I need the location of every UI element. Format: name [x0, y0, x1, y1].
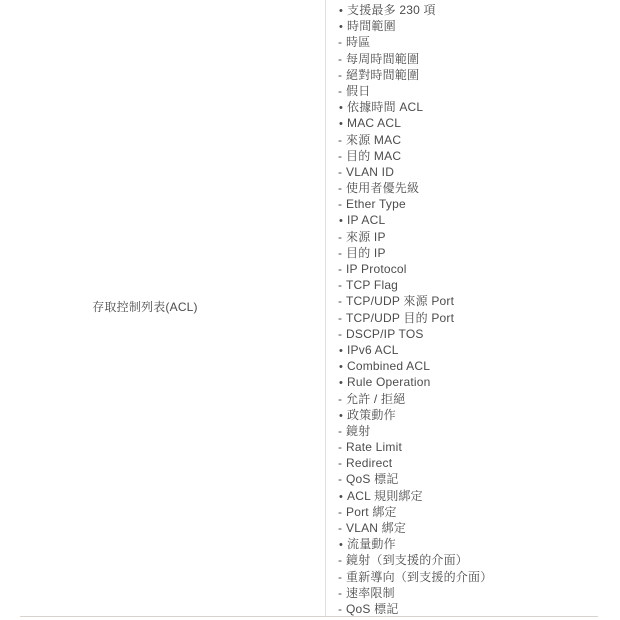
- detail-text: Rate Limit: [346, 439, 402, 455]
- detail-text: IP Protocol: [346, 261, 407, 277]
- detail-item: -Port 綁定: [338, 504, 598, 520]
- feature-detail-list: •支援最多 230 項•時間範圍-時區-每周時間範圍-絕對時間範圍-假日•依據時…: [338, 2, 598, 617]
- feature-details-cell: •支援最多 230 項•時間範圍-時區-每周時間範圍-絕對時間範圍-假日•依據時…: [325, 0, 598, 616]
- detail-text: 時間範圍: [347, 18, 396, 34]
- detail-text: 支援最多 230 項: [347, 2, 436, 18]
- detail-text: 時區: [346, 34, 370, 50]
- dash-marker: -: [338, 471, 346, 487]
- dash-marker: -: [338, 310, 346, 326]
- detail-item: -來源 IP: [338, 229, 598, 245]
- dash-marker: -: [338, 455, 346, 471]
- detail-text: VLAN 綁定: [346, 520, 406, 536]
- detail-item: -鏡射（到支援的介面）: [338, 552, 598, 568]
- dash-marker: -: [338, 601, 346, 617]
- detail-item: -VLAN 綁定: [338, 520, 598, 536]
- dash-marker: -: [338, 423, 346, 439]
- detail-text: 重新導向（到支援的介面）: [346, 569, 492, 585]
- detail-item: -TCP Flag: [338, 277, 598, 293]
- detail-text: IP ACL: [347, 212, 385, 228]
- bullet-marker: •: [338, 213, 347, 229]
- detail-text: 允許 / 拒絕: [346, 391, 405, 407]
- detail-item: -DSCP/IP TOS: [338, 326, 598, 342]
- detail-text: IPv6 ACL: [347, 342, 399, 358]
- detail-text: MAC ACL: [347, 115, 401, 131]
- detail-text: 速率限制: [346, 585, 395, 601]
- detail-item: -鏡射: [338, 423, 598, 439]
- detail-item: -QoS 標記: [338, 471, 598, 487]
- bullet-marker: •: [338, 100, 347, 116]
- dash-marker: -: [338, 261, 346, 277]
- detail-text: TCP/UDP 目的 Port: [346, 310, 454, 326]
- detail-item: -目的 MAC: [338, 148, 598, 164]
- detail-text: DSCP/IP TOS: [346, 326, 424, 342]
- dash-marker: -: [338, 552, 346, 568]
- dash-marker: -: [338, 67, 346, 83]
- feature-name-cell: 存取控制列表(ACL): [20, 0, 325, 616]
- feature-name-label: 存取控制列表(ACL): [20, 300, 270, 315]
- dash-marker: -: [338, 326, 346, 342]
- dash-marker: -: [338, 180, 346, 196]
- dash-marker: -: [338, 585, 346, 601]
- detail-item: •依據時間 ACL: [338, 99, 598, 115]
- detail-item: -速率限制: [338, 585, 598, 601]
- detail-item: -來源 MAC: [338, 132, 598, 148]
- detail-item: •時間範圍: [338, 18, 598, 34]
- dash-marker: -: [338, 51, 346, 67]
- dash-marker: -: [338, 132, 346, 148]
- detail-item: -IP Protocol: [338, 261, 598, 277]
- detail-text: TCP Flag: [346, 277, 398, 293]
- detail-text: Ether Type: [346, 196, 406, 212]
- detail-text: QoS 標記: [346, 471, 399, 487]
- detail-item: •MAC ACL: [338, 115, 598, 131]
- detail-item: -絕對時間範圍: [338, 67, 598, 83]
- detail-item: -QoS 標記: [338, 601, 598, 617]
- detail-text: 目的 MAC: [346, 148, 401, 164]
- detail-text: 鏡射（到支援的介面）: [346, 552, 468, 568]
- dash-marker: -: [338, 245, 346, 261]
- spec-table-row: 存取控制列表(ACL) •支援最多 230 項•時間範圍-時區-每周時間範圍-絕…: [20, 0, 598, 617]
- detail-item: -TCP/UDP 來源 Port: [338, 293, 598, 309]
- dash-marker: -: [338, 293, 346, 309]
- detail-item: -允許 / 拒絕: [338, 391, 598, 407]
- dash-marker: -: [338, 504, 346, 520]
- detail-text: 依據時間 ACL: [347, 99, 423, 115]
- detail-item: -目的 IP: [338, 245, 598, 261]
- detail-item: •IP ACL: [338, 212, 598, 228]
- detail-text: 政策動作: [347, 407, 396, 423]
- detail-item: -重新導向（到支援的介面）: [338, 569, 598, 585]
- detail-item: •流量動作: [338, 536, 598, 552]
- bullet-marker: •: [338, 116, 347, 132]
- dash-marker: -: [338, 148, 346, 164]
- detail-text: Rule Operation: [347, 374, 431, 390]
- bullet-marker: •: [338, 537, 347, 553]
- dash-marker: -: [338, 196, 346, 212]
- detail-item: -時區: [338, 34, 598, 50]
- detail-text: 絕對時間範圍: [346, 67, 419, 83]
- detail-text: 流量動作: [347, 536, 396, 552]
- detail-item: -TCP/UDP 目的 Port: [338, 310, 598, 326]
- dash-marker: -: [338, 34, 346, 50]
- bullet-marker: •: [338, 359, 347, 375]
- detail-item: •Rule Operation: [338, 374, 598, 390]
- detail-text: Port 綁定: [346, 504, 397, 520]
- dash-marker: -: [338, 229, 346, 245]
- bullet-marker: •: [338, 19, 347, 35]
- detail-item: •Combined ACL: [338, 358, 598, 374]
- detail-item: -假日: [338, 83, 598, 99]
- detail-item: -Ether Type: [338, 196, 598, 212]
- detail-text: 假日: [346, 83, 370, 99]
- dash-marker: -: [338, 391, 346, 407]
- detail-text: 來源 IP: [346, 229, 386, 245]
- detail-text: Combined ACL: [347, 358, 430, 374]
- bullet-marker: •: [338, 343, 347, 359]
- spec-sheet-page: 存取控制列表(ACL) •支援最多 230 項•時間範圍-時區-每周時間範圍-絕…: [0, 0, 620, 620]
- detail-item: -Rate Limit: [338, 439, 598, 455]
- detail-item: •支援最多 230 項: [338, 2, 598, 18]
- detail-text: 每周時間範圍: [346, 51, 419, 67]
- detail-item: -每周時間範圍: [338, 51, 598, 67]
- detail-text: 目的 IP: [346, 245, 386, 261]
- detail-item: -VLAN ID: [338, 164, 598, 180]
- detail-text: 來源 MAC: [346, 132, 401, 148]
- bullet-marker: •: [338, 3, 347, 19]
- dash-marker: -: [338, 277, 346, 293]
- bullet-marker: •: [338, 375, 347, 391]
- detail-text: ACL 規則綁定: [347, 488, 423, 504]
- detail-item: •IPv6 ACL: [338, 342, 598, 358]
- detail-text: Redirect: [346, 455, 392, 471]
- detail-text: 使用者優先級: [346, 180, 419, 196]
- detail-text: 鏡射: [346, 423, 370, 439]
- detail-item: •政策動作: [338, 407, 598, 423]
- dash-marker: -: [338, 520, 346, 536]
- detail-text: VLAN ID: [346, 164, 394, 180]
- dash-marker: -: [338, 439, 346, 455]
- detail-item: -使用者優先級: [338, 180, 598, 196]
- dash-marker: -: [338, 164, 346, 180]
- bullet-marker: •: [338, 489, 347, 505]
- bullet-marker: •: [338, 408, 347, 424]
- dash-marker: -: [338, 83, 346, 99]
- detail-text: QoS 標記: [346, 601, 399, 617]
- dash-marker: -: [338, 569, 346, 585]
- detail-text: TCP/UDP 來源 Port: [346, 293, 454, 309]
- detail-item: -Redirect: [338, 455, 598, 471]
- detail-item: •ACL 規則綁定: [338, 488, 598, 504]
